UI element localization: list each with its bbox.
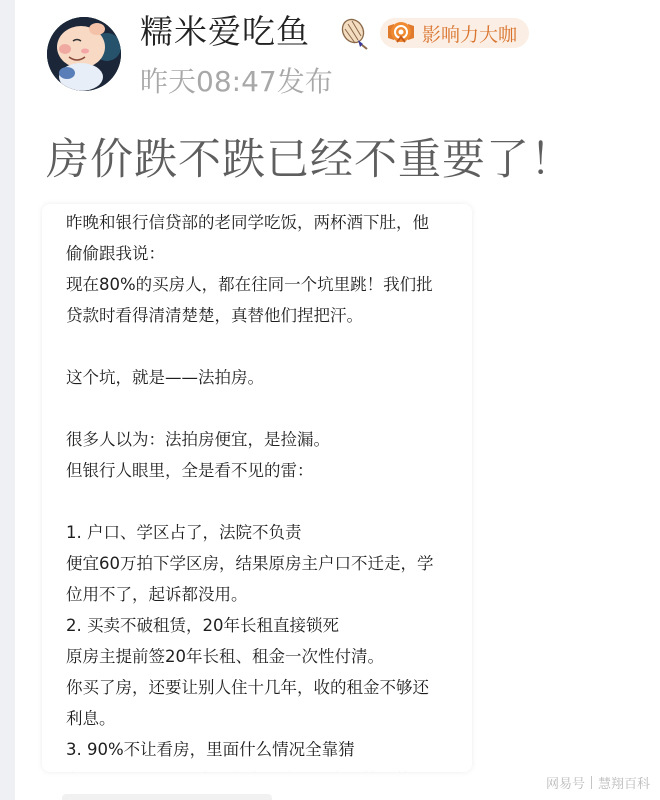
blank-line: [66, 486, 458, 517]
influence-badge-icon: [384, 20, 418, 46]
paragraph-line: 但银行人眼里，全是看不见的雷：: [66, 455, 458, 486]
paragraph-line: 昨晚和银行信贷部的老同学吃饭，两杯酒下肚，他: [66, 207, 458, 238]
pig-avatar-icon: [47, 17, 121, 91]
post-body: 昨晚和银行信贷部的老同学吃饭，两杯酒下肚，他 偷偷跟我说： 现在80%的买房人，…: [42, 204, 472, 772]
paragraph-line: 很多人以为：法拍房便宜，是捡漏。: [66, 424, 458, 455]
paragraph-line: 便宜60万拍下学区房，结果原房主户口不迁走，学: [66, 548, 458, 579]
post-title: 房价跌不跌已经不重要了！: [46, 132, 574, 188]
badge-label: 影响力大咖: [422, 20, 517, 47]
author-name[interactable]: 糯米爱吃鱼: [140, 10, 310, 54]
left-edge-strip: [0, 0, 15, 800]
paragraph-line: 偷偷跟我说：: [66, 238, 458, 269]
watermark-divider: [591, 776, 592, 789]
list-item-heading: 3. 90%不让看房，里面什么情况全靠猜: [66, 734, 458, 765]
watermark: 网易号 慧翔百科: [546, 773, 650, 792]
almond-vip-icon: [340, 18, 370, 50]
paragraph-line: 原房主提前签20年长租、租金一次性付清。: [66, 641, 458, 672]
influence-badge[interactable]: 影响力大咖: [380, 18, 529, 48]
paragraph-line: 有人住、没人住、有没有老人病人、房子糟不糟: [66, 765, 458, 772]
blank-line: [66, 331, 458, 362]
post-time: 昨天08:47发布: [140, 63, 333, 101]
post-content-card: 昨晚和银行信贷部的老同学吃饭，两杯酒下肚，他 偷偷跟我说： 现在80%的买房人，…: [42, 204, 472, 772]
paragraph-line: 位用不了，起诉都没用。: [66, 579, 458, 610]
list-item-heading: 1. 户口、学区占了，法院不负责: [66, 517, 458, 548]
paragraph-line: 这个坑，就是——法拍房。: [66, 362, 458, 393]
bottom-partial-element: [62, 794, 272, 800]
watermark-account: 慧翔百科: [598, 773, 650, 792]
list-item-heading: 2. 买卖不破租赁，20年长租直接锁死: [66, 610, 458, 641]
paragraph-line: 你买了房，还要让别人住十几年，收的租金不够还: [66, 672, 458, 703]
paragraph-line: 贷款时看得清清楚楚，真替他们捏把汗。: [66, 300, 458, 331]
paragraph-line: 现在80%的买房人，都在往同一个坑里跳！我们批: [66, 269, 458, 300]
author-avatar[interactable]: [47, 17, 121, 91]
paragraph-line: 利息。: [66, 703, 458, 734]
blank-line: [66, 393, 458, 424]
watermark-platform: 网易号: [546, 773, 585, 792]
